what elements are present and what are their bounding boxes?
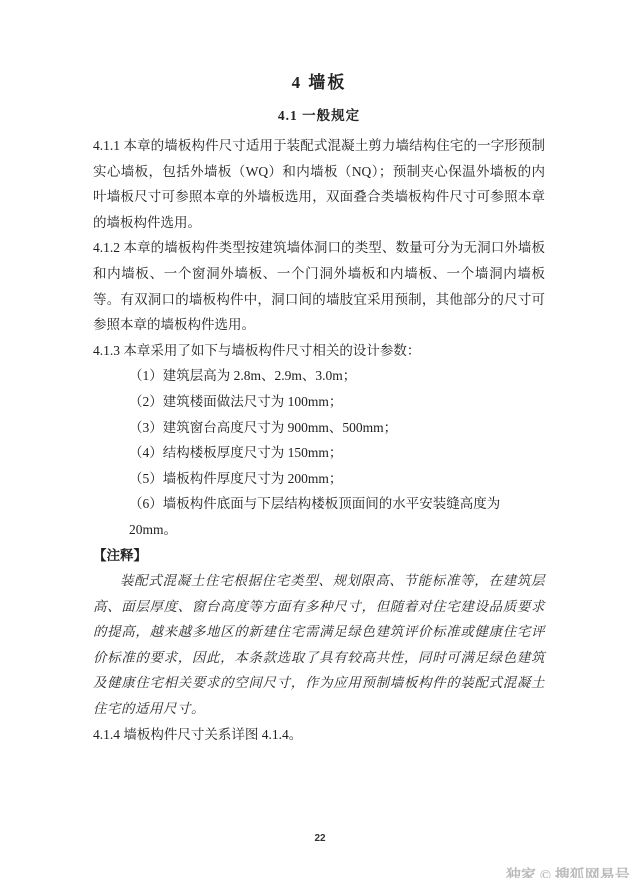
clause-4-1-4: 4.1.4 墙板构件尺寸关系详图 4.1.4。 [93, 722, 545, 748]
design-parameter-5: （5）墙板构件厚度尺寸为 200mm； [93, 466, 545, 492]
design-parameter-6: （6）墙板构件底面与下层结构楼板顶面间的水平安装缝高度为 20mm。 [93, 491, 545, 542]
design-parameter-4: （4）结构楼板厚度尺寸为 150mm； [93, 440, 545, 466]
clause-4-1-3: 4.1.3 本章采用了如下与墙板构件尺寸相关的设计参数： [93, 338, 545, 364]
clause-4-1-1: 4.1.1 本章的墙板构件尺寸适用于装配式混凝土剪力墙结构住宅的一字形预制实心墙… [93, 133, 545, 235]
design-parameter-1: （1）建筑层高为 2.8m、2.9m、3.0m； [93, 363, 545, 389]
watermark: 独家 © 搜狐网易号 [506, 864, 630, 878]
clause-4-1-2: 4.1.2 本章的墙板构件类型按建筑墙体洞口的类型、数量可分为无洞口外墙板和内墙… [93, 235, 545, 337]
note-label: 【注释】 [93, 543, 545, 569]
chapter-title: 4 墙板 [93, 72, 545, 94]
design-parameter-2: （2）建筑楼面做法尺寸为 100mm； [93, 389, 545, 415]
page-number: 22 [0, 833, 640, 844]
section-title: 4.1 一般规定 [93, 106, 545, 126]
note-body: 装配式混凝土住宅根据住宅类型、规划限高、节能标准等，在建筑层高、面层厚度、窗台高… [93, 568, 545, 722]
document-page: 4 墙板 4.1 一般规定 4.1.1 本章的墙板构件尺寸适用于装配式混凝土剪力… [0, 0, 640, 878]
design-parameter-list: （1）建筑层高为 2.8m、2.9m、3.0m； （2）建筑楼面做法尺寸为 10… [93, 363, 545, 542]
design-parameter-3: （3）建筑窗台高度尺寸为 900mm、500mm； [93, 415, 545, 441]
